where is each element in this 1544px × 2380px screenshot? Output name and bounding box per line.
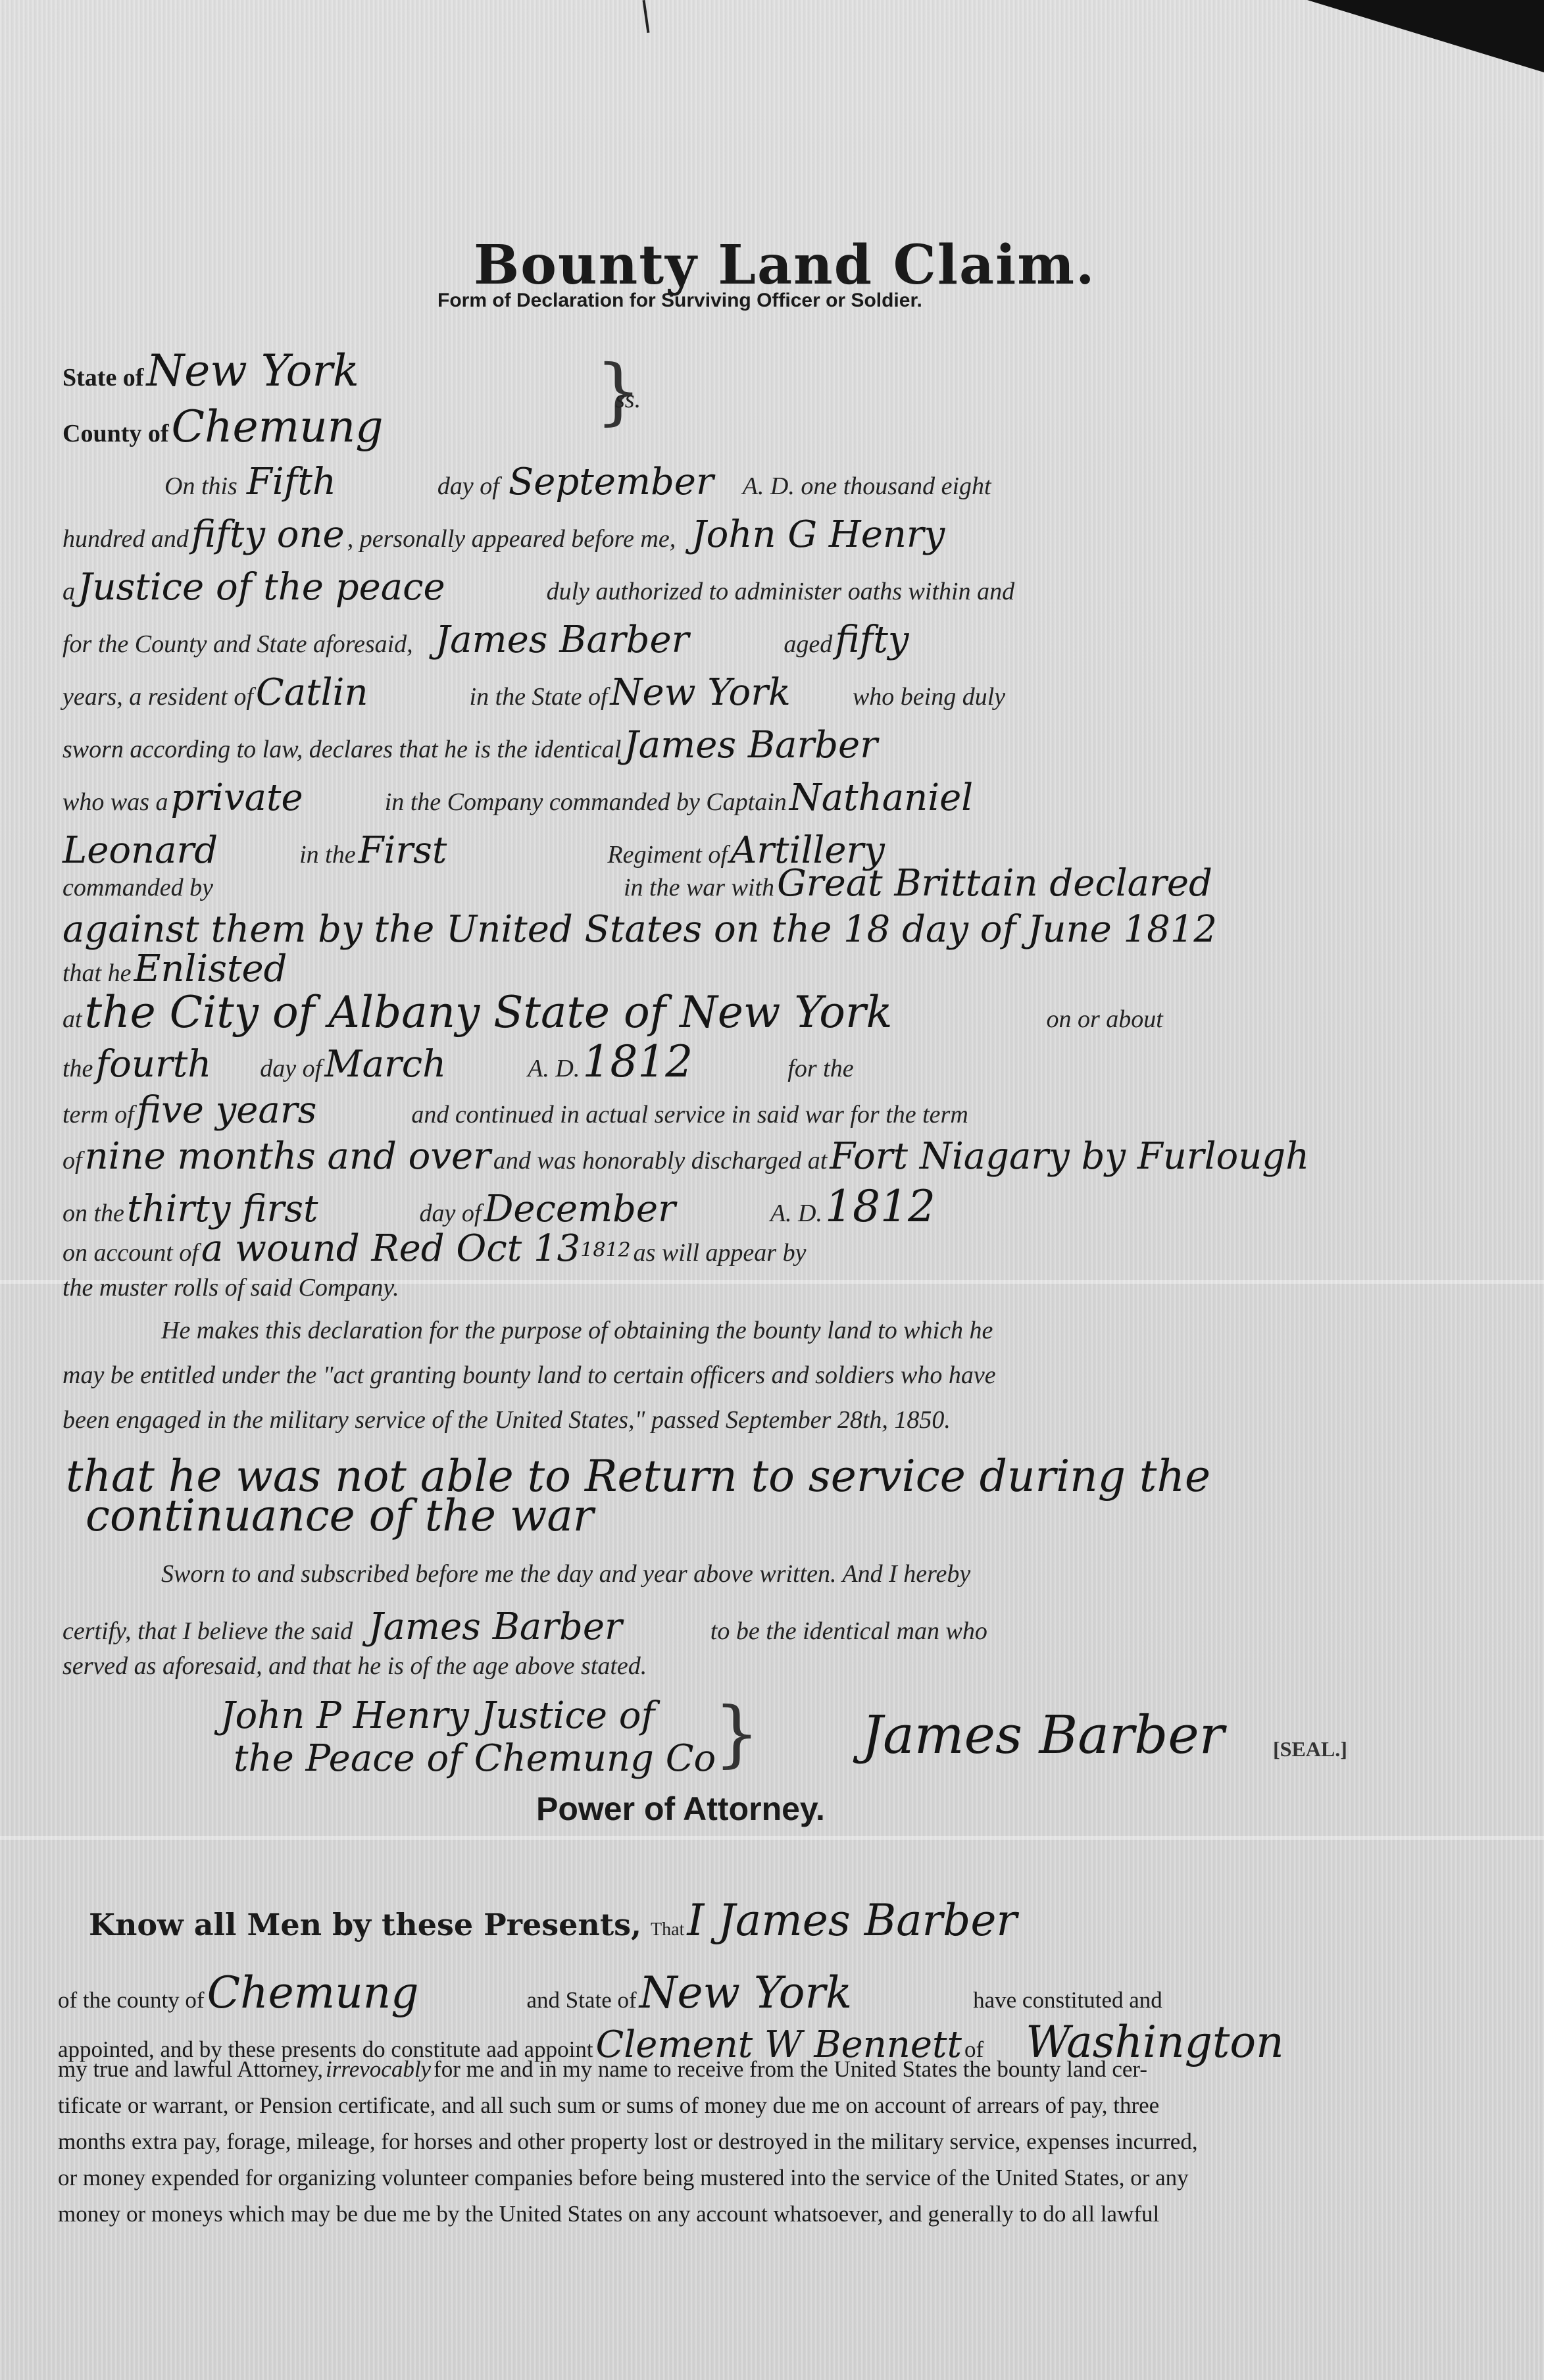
static-text: for the County and State aforesaid,	[62, 630, 413, 658]
static-text: have constituted and	[973, 1987, 1162, 2013]
enlisted-value: Enlisted	[134, 948, 287, 990]
purpose-line-3: been engaged in the military service of …	[62, 1405, 951, 1434]
pen-mark	[643, 0, 650, 33]
ss-label: ss.	[615, 385, 641, 414]
static-text: of the county of	[58, 1987, 205, 2013]
static-text: for me and in my name to receive from th…	[434, 2056, 1147, 2082]
residence-state: New York	[610, 671, 791, 714]
static-text: , personally appeared before me,	[347, 525, 676, 553]
static-text: day of	[260, 1055, 322, 1082]
war-declaration-note: against them by the United States on the…	[62, 908, 1217, 951]
residence-value: Catlin	[256, 671, 368, 714]
decl-line-1: On this Fifth day of September A. D. one…	[164, 461, 991, 503]
static-text: aged	[784, 630, 832, 658]
decl-line-9: commanded by in the war with Great Britt…	[62, 862, 1212, 905]
war-value: Great Brittain declared	[777, 862, 1212, 905]
poa-county: Chemung	[207, 1967, 419, 2018]
poa-grantor: I James Barber	[687, 1895, 1017, 1946]
sworn-line-2: certify, that I believe the said James B…	[62, 1606, 987, 1648]
officer-title: Justice of the peace	[78, 566, 445, 609]
age-value: fifty	[835, 619, 909, 661]
purpose-line-1: He makes this declaration for the purpos…	[161, 1316, 993, 1345]
poa-line-1: of the county of Chemung and State of Ne…	[58, 1967, 1162, 2018]
poa-line-6: or money expended for organizing volunte…	[58, 2165, 1189, 2191]
rank-value: private	[170, 776, 303, 819]
static-text: duly authorized to administer oaths with…	[547, 578, 1014, 605]
static-text: my true and lawful Attorney,	[58, 2056, 323, 2082]
captain-first-name: Nathaniel	[789, 776, 973, 819]
static-text: On this	[164, 472, 237, 500]
static-text: term of	[62, 1101, 134, 1128]
poa-line-3: my true and lawful Attorney, irrevocably…	[58, 2056, 1147, 2083]
poa-heading-line: Know all Men by these Presents, That I J…	[89, 1895, 1017, 1946]
static-text: and was honorably discharged at	[493, 1147, 827, 1175]
discharge-month: December	[484, 1188, 675, 1230]
poa-heading: Know all Men by these Presents,	[89, 1907, 641, 1942]
discharge-reason: a wound Red Oct 13	[201, 1227, 580, 1270]
signature-brace: }	[714, 1691, 760, 1775]
static-text: years, a resident of	[62, 683, 253, 711]
decl-line-2: hundred and fifty one , personally appea…	[62, 513, 945, 556]
enlist-month: March	[324, 1043, 446, 1086]
static-text: irrevocably	[326, 2056, 431, 2082]
enlist-day: fourth	[95, 1043, 211, 1086]
officer-name: John G Henry	[691, 513, 945, 556]
static-text: certify, that I believe the said	[62, 1617, 353, 1645]
justice-signature-line-1: John P Henry Justice of	[220, 1694, 655, 1737]
county-label: County of	[62, 420, 169, 447]
state-value: New York	[146, 345, 359, 396]
discharge-day: thirty first	[127, 1188, 318, 1230]
year-value: fifty one	[191, 513, 345, 556]
document-subtitle: Form of Declaration for Surviving Office…	[437, 290, 922, 312]
term-value: five years	[137, 1089, 317, 1132]
enlist-place: the City of Albany State of New York	[85, 987, 893, 1038]
decl-line-14: term of five years and continued in actu…	[62, 1089, 968, 1132]
decl-line-10: against them by the United States on the…	[62, 908, 1217, 951]
poa-line-4: tificate or warrant, or Pension certific…	[58, 2092, 1159, 2119]
decl-line-4: for the County and State aforesaid, Jame…	[62, 619, 909, 661]
static-text: the	[62, 1055, 93, 1082]
claimant-name: James Barber	[436, 619, 689, 661]
poa-title: Power of Attorney.	[536, 1790, 825, 1828]
static-text: hundred and	[62, 525, 189, 553]
static-text: That	[651, 1919, 684, 1940]
decl-line-16: on the thirty first day of December A. D…	[62, 1181, 935, 1232]
static-text: A. D.	[770, 1200, 822, 1227]
discharge-year: 1812	[825, 1181, 935, 1232]
static-text: A. D. one thousand eight	[743, 472, 991, 500]
poa-line-7: money or moneys which may be due me by t…	[58, 2201, 1159, 2227]
decl-line-12: at the City of Albany State of New York …	[62, 987, 1163, 1038]
decl-line-13: the fourth day of March A. D. 1812 for t…	[62, 1036, 854, 1087]
static-text: who being duly	[853, 683, 1005, 711]
static-text: who was a	[62, 788, 168, 816]
document-title: Bounty Land Claim.	[474, 234, 1096, 297]
static-text: on the	[62, 1200, 124, 1227]
discharge-place: Fort Niagary by Furlough	[830, 1135, 1309, 1178]
decl-line-6: sworn according to law, declares that he…	[62, 724, 878, 767]
decl-line-11: that he Enlisted	[62, 948, 287, 990]
claimant-signature: James Barber	[862, 1704, 1224, 1765]
poa-line-5: months extra pay, forage, mileage, for h…	[58, 2129, 1198, 2155]
static-text: A. D.	[528, 1055, 580, 1082]
static-text: commanded by	[62, 874, 213, 901]
static-text: that he	[62, 959, 131, 987]
decl-line-3: a Justice of the peace duly authorized t…	[62, 566, 1014, 609]
purpose-line-2: may be entitled under the "act granting …	[62, 1361, 996, 1390]
justice-signature-line-2: the Peace of Chemung Co	[234, 1737, 716, 1780]
static-text: for the	[787, 1055, 853, 1082]
poa-state: New York	[639, 1967, 852, 2018]
decl-line-7: who was a private in the Company command…	[62, 776, 973, 819]
handwritten-note-line-2: continuance of the war	[86, 1490, 593, 1541]
sworn-line-3: served as aforesaid, and that he is of t…	[62, 1652, 647, 1681]
fold-line	[0, 1836, 1544, 1840]
county-value: Chemung	[172, 401, 384, 452]
identical-name: James Barber	[624, 724, 878, 767]
static-text: day of	[437, 472, 499, 500]
decl-line-15: of nine months and over and was honorabl…	[62, 1135, 1309, 1178]
static-text: to be the identical man who	[710, 1617, 987, 1645]
static-text: and continued in actual service in said …	[411, 1101, 968, 1128]
service-term: nine months and over	[85, 1135, 491, 1178]
decl-line-5: years, a resident of Catlin in the State…	[62, 671, 1005, 714]
static-text: in the Company commanded by Captain	[385, 788, 787, 816]
sworn-line-1: Sworn to and subscribed before me the da…	[161, 1559, 970, 1588]
discharge-reason-year: 1812	[580, 1239, 630, 1262]
static-text: day of	[420, 1200, 482, 1227]
static-text: of	[62, 1147, 82, 1175]
static-text: as will appear by	[634, 1239, 807, 1267]
county-line: County of Chemung	[62, 401, 383, 452]
static-text: sworn according to law, declares that he…	[62, 736, 621, 763]
seal-mark: [SEAL.]	[1273, 1737, 1347, 1761]
static-text: in the State of	[470, 683, 608, 711]
static-text: a	[62, 578, 75, 605]
month-value: September	[509, 461, 714, 503]
state-label: State of	[62, 364, 143, 392]
enlist-year: 1812	[582, 1036, 693, 1087]
static-text: on or about	[1047, 1005, 1163, 1033]
decl-line-17: on account of a wound Red Oct 131812 as …	[62, 1227, 806, 1270]
state-line: State of New York	[62, 345, 359, 396]
decl-line-18: the muster rolls of said Company.	[62, 1273, 399, 1302]
static-text: in the war with	[624, 874, 774, 901]
day-value: Fifth	[247, 461, 336, 503]
sworn-name: James Barber	[368, 1606, 622, 1648]
scan-corner-shadow	[1307, 0, 1544, 72]
static-text: on account of	[62, 1239, 199, 1267]
static-text: and State of	[527, 1987, 637, 2013]
static-text: at	[62, 1005, 82, 1033]
